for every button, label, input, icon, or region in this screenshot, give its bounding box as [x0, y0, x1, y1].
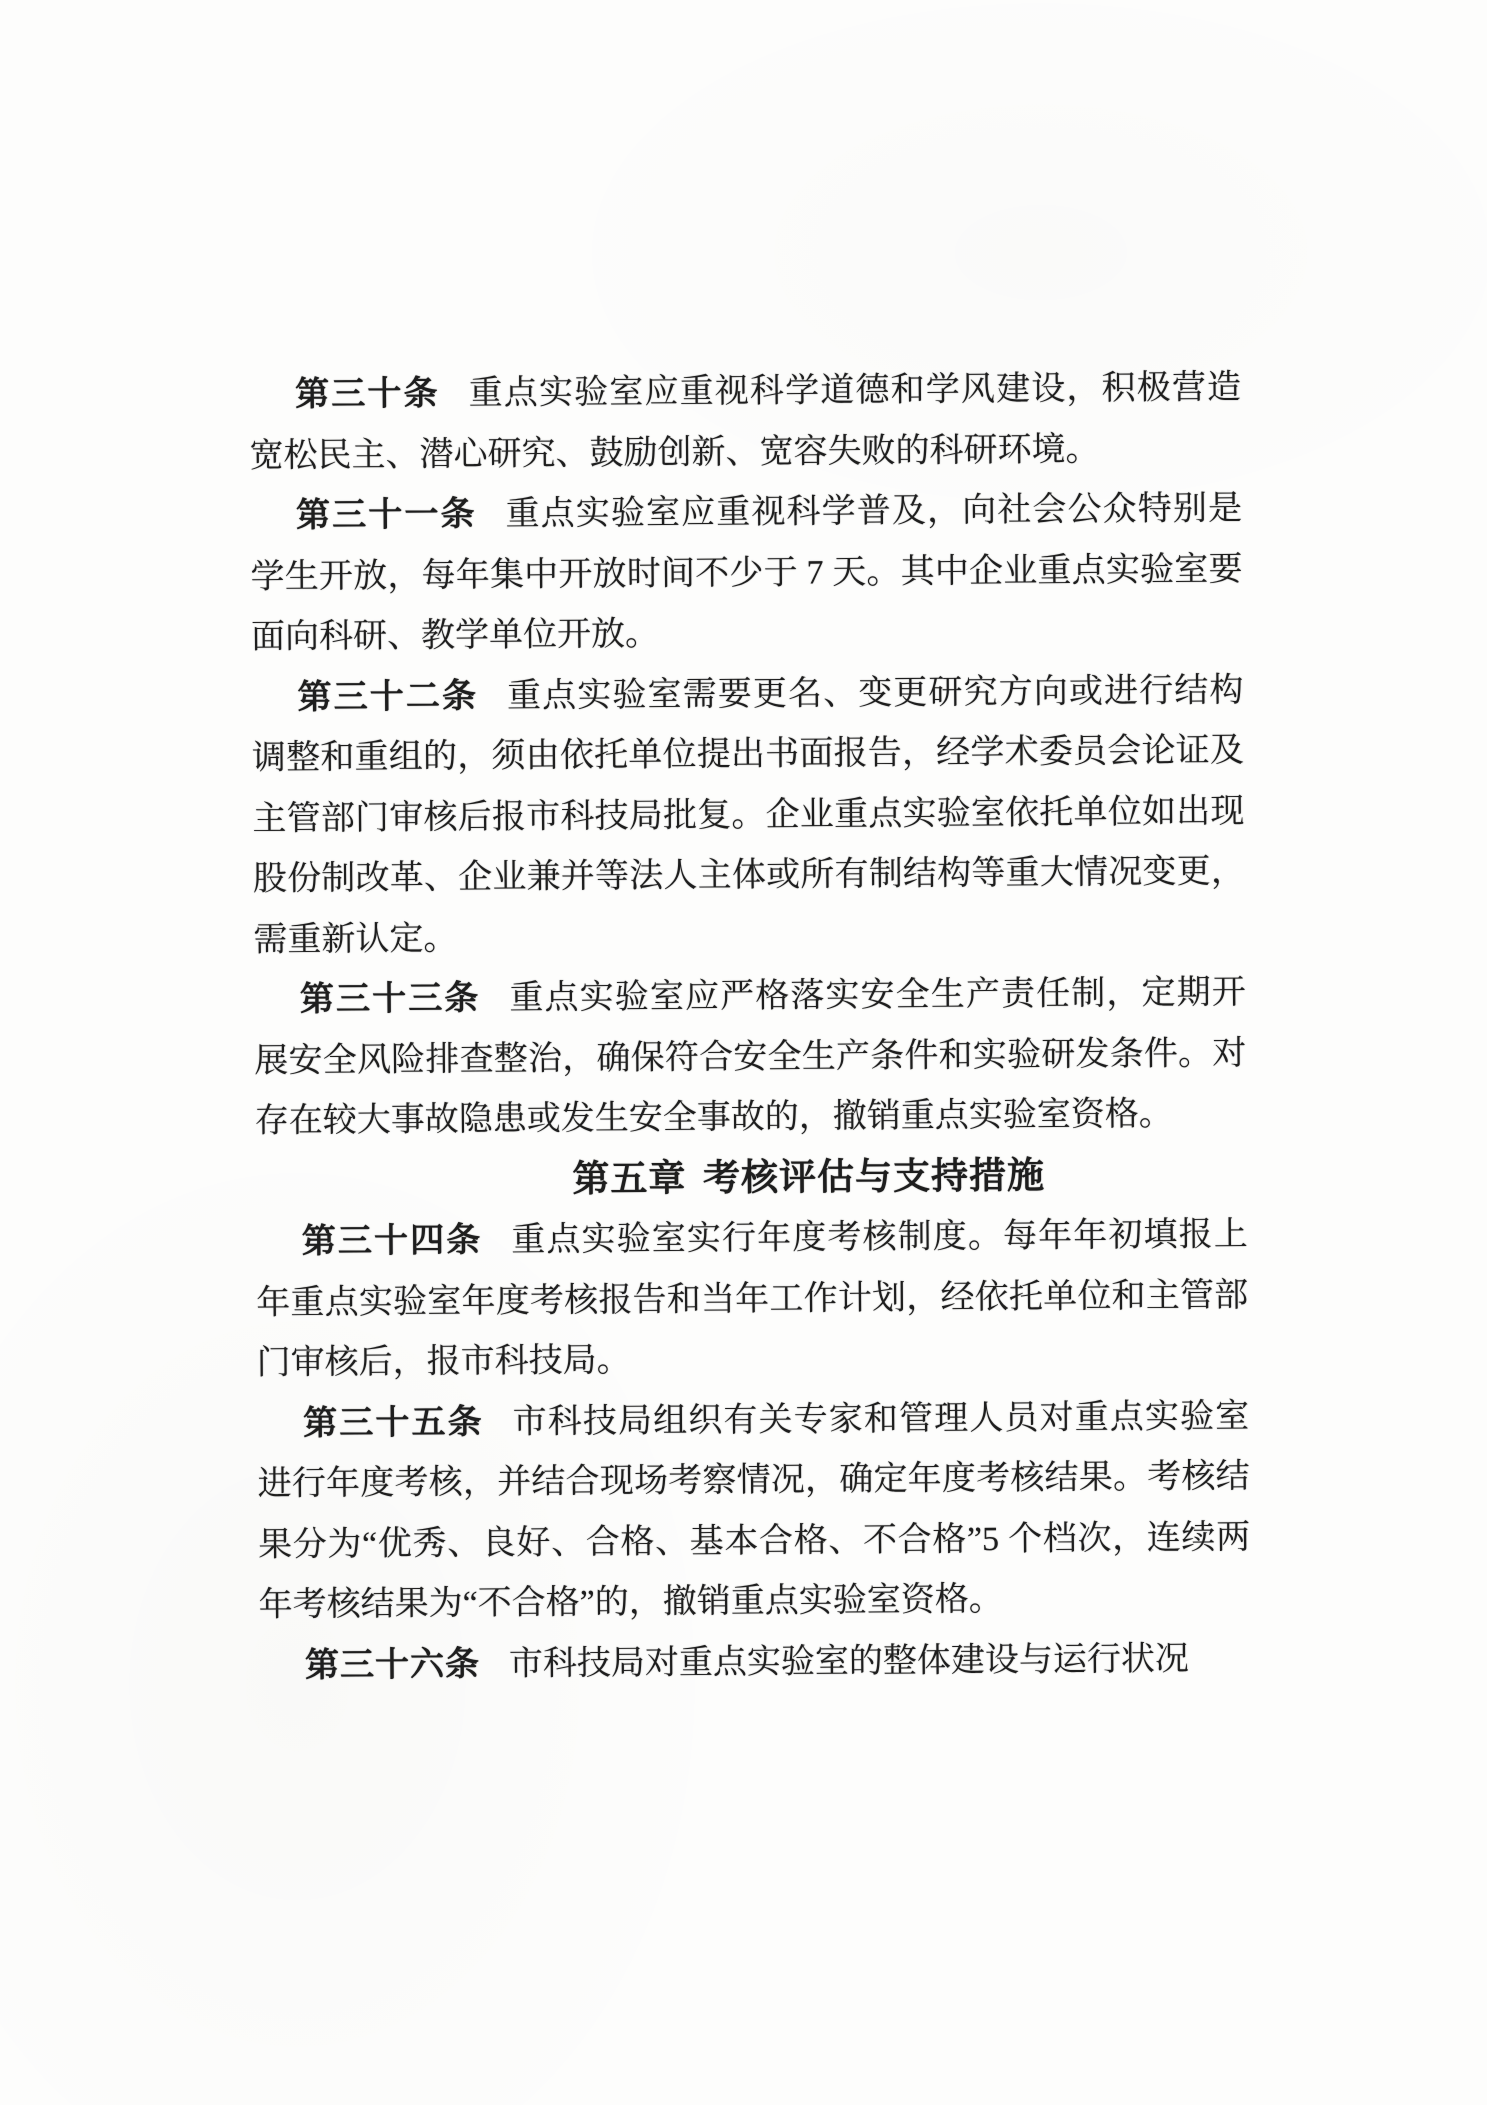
- chapter-number: 第五章: [572, 1158, 686, 1200]
- article-paragraph-36: 第三十六条市科技局对重点实验室的整体建设与运行状况: [259, 1629, 1251, 1697]
- article-number: 第三十六条: [305, 1646, 480, 1684]
- document-page: 第三十条重点实验室应重视科学道德和学风建设，积极营造宽松民主、潜心研究、鼓励创新…: [0, 0, 1487, 2105]
- article-number: 第三十二条: [297, 678, 478, 716]
- article-number: 第三十五条: [303, 1404, 484, 1442]
- chapter-heading: 第五章考核评估与支持措施: [370, 1145, 1247, 1212]
- article-number: 第三十四条: [302, 1222, 483, 1260]
- article-paragraph-30: 第三十条重点实验室应重视科学道德和学风建设，积极营造宽松民主、潜心研究、鼓励创新…: [249, 358, 1242, 487]
- document-text-block: 第三十条重点实验室应重视科学道德和学风建设，积极营造宽松民主、潜心研究、鼓励创新…: [249, 358, 1251, 1697]
- article-paragraph-33: 第三十三条重点实验室应严格落实安全生产责任制，定期开展安全风险排查整治，确保符合…: [254, 963, 1247, 1152]
- article-paragraph-32: 第三十二条重点实验室需要更名、变更研究方向或进行结构调整和重组的，须由依托单位提…: [251, 661, 1245, 971]
- article-number: 第三十条: [295, 375, 440, 413]
- article-paragraph-34: 第三十四条重点实验室实行年度考核制度。每年年初填报上年重点实验室年度考核报告和当…: [256, 1205, 1249, 1394]
- article-number: 第三十一条: [296, 496, 477, 534]
- article-paragraph-31: 第三十一条重点实验室应重视科学普及，向社会公众特别是学生开放，每年集中开放时间不…: [250, 479, 1243, 668]
- article-paragraph-35: 第三十五条市科技局组织有关专家和管理人员对重点实验室进行年度考核，并结合现场考察…: [257, 1387, 1251, 1637]
- chapter-title: 考核评估与支持措施: [703, 1155, 1045, 1199]
- article-number: 第三十三条: [300, 980, 481, 1018]
- article-text: 市科技局对重点实验室的整体建设与运行状况: [509, 1640, 1189, 1682]
